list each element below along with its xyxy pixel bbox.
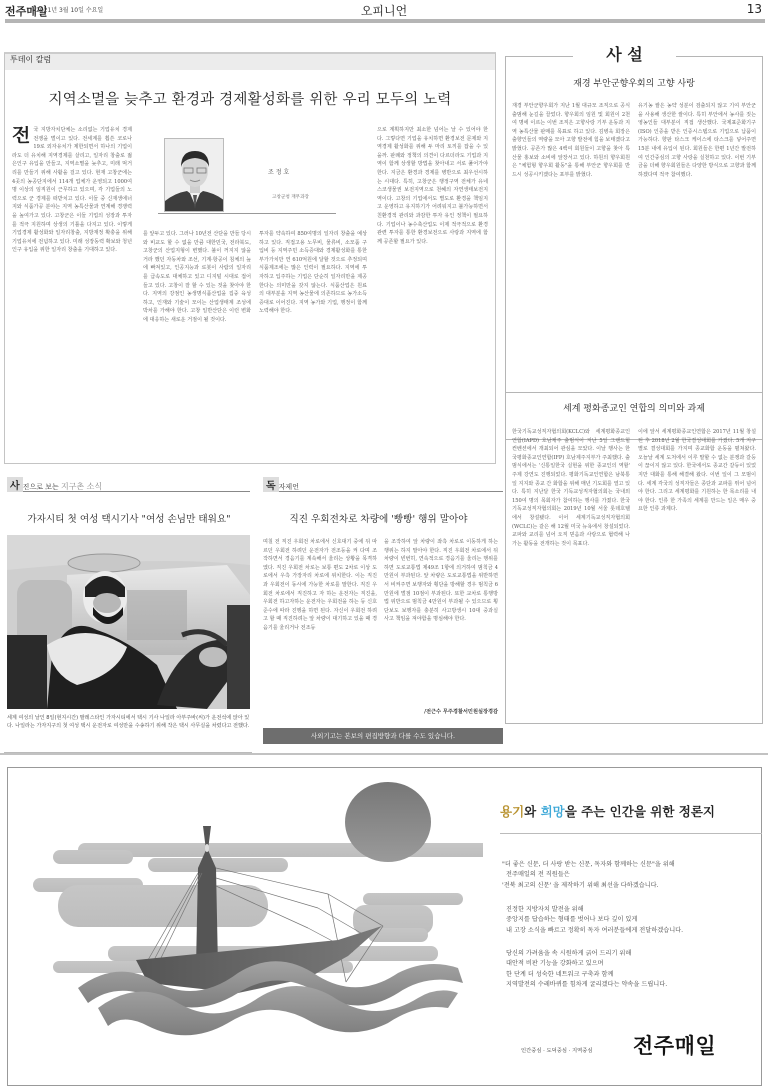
advertisement-slogan: 용기와 희망을 주는 인간을 위한 정론지 xyxy=(500,802,715,820)
slogan-hope: 희망 xyxy=(541,804,565,819)
today-column-headline: 지역소멸을 늦추고 환경과 경제활성화를 위한 우리 모두의 노력 xyxy=(4,88,496,109)
today-column-label: 투데이 칼럼 xyxy=(10,54,51,65)
photo-news-tab-initial: 사 xyxy=(7,477,23,492)
editorial-1-title: 재경 부안군향우회의 고향 사랑 xyxy=(505,76,763,89)
editorial-2-title: 세계 평화종교인 연합의 의미와 과제 xyxy=(505,401,763,414)
photo-news-tab: 사진으로 보는 지구촌 소식 xyxy=(7,474,250,492)
reader-proposal-headline: 직진 우회전차로 차량에 '빵빵' 행위 말아야 xyxy=(256,511,501,525)
dropcap: 전 xyxy=(12,126,30,144)
reader-proposal-tab: 독자제언 xyxy=(263,474,503,492)
author-divider xyxy=(158,213,336,214)
header-rule xyxy=(5,19,765,23)
taxi-driver-photo xyxy=(7,535,250,709)
editorial-divider xyxy=(505,392,763,393)
advertisement-paragraph-1: "더 좋은 신문, 더 사랑 받는 신문, 독자와 함께하는 신문"을 위해 전… xyxy=(502,860,762,891)
today-column-text-3: 투자를 약속하여 850여명의 일자리 창출을 예상하고 있다. 직접고용 노무… xyxy=(259,230,367,456)
author-portrait xyxy=(164,138,224,212)
today-column-text-4: 으로 계획하지만 최소한 넘어는 날 수 있어야 한다. 그렇다면 기업을 유치… xyxy=(377,126,488,456)
slogan-courage: 용기 xyxy=(500,804,524,819)
today-column-tab xyxy=(5,52,495,70)
editorial-1-text-1: 재경 부안군향우회가 지난 1월 대규모 조직으로 공식 출범해 눈길을 끌었다… xyxy=(512,102,630,388)
reader-proposal-tab-initial: 독 xyxy=(263,477,279,492)
editorial-label: 사 설 xyxy=(573,42,676,65)
section-title: 오피니언 xyxy=(0,2,768,19)
slogan-underline xyxy=(500,833,762,834)
editorial-top-rule-right xyxy=(676,56,763,57)
author-name: 조 정 호 xyxy=(268,167,289,176)
jeonju-maeil-logo: 전주매일 xyxy=(633,1030,716,1060)
advertisement-tagline: 인간중심 · 도덕중심 · 지역중심 xyxy=(521,1046,593,1054)
reader-proposal-text-1: 며칠 전 직진 우회전 차로에서 신호대기 중에 뒤 따르던 우회전 하려던 운… xyxy=(263,538,377,718)
disclaimer-text: 사외기고는 본보의 편집방향과 다를 수도 있습니다. xyxy=(263,731,503,740)
editorial-1-text-2: 유기농 쌀은 농약 성분이 검출되지 않고 기여 부안군을 사용해 생산한 쌀이… xyxy=(638,102,756,388)
advertisement-paragraph-2: 진정한 지방자치 발전을 위해 중앙지를 답습하는 형태를 벗어나 보다 깊이 … xyxy=(506,905,766,936)
photo-news-caption: 세계 여성의 날인 8일(현지시간) 팔레스타인 가자시티에서 택시 기사 나일… xyxy=(7,714,252,731)
reader-proposal-byline: /전근수 무주경찰서민원실장경감 xyxy=(384,708,498,715)
reader-proposal-text-2: 을 조작하여 앞 차량이 좌측 차로로 이동하게 하는 행위는 하지 말아야 한… xyxy=(384,538,498,706)
section-divider xyxy=(0,753,768,755)
author-title: 고창군청 재무과장 xyxy=(272,194,309,200)
editorial-2-text-1: 한국기독교성직자협의회(KCLC)와 세계평화종교인연합(IAPD) 호남제주 … xyxy=(512,428,630,718)
editorial-top-rule-left xyxy=(505,56,573,57)
page-number: 13 xyxy=(747,2,762,16)
today-column-text-2: 를 앞두고 있다. 그러나 10년전 산단을 만들 당시와 비교도 할 수 없을… xyxy=(143,230,251,456)
advertisement-paragraph-3: 당신의 가려움을 속 시원하게 긁어 드리기 위해 대안적 비판 기능을 강화하… xyxy=(506,949,766,990)
editorial-2-text-2: 이에 앞서 세계평화종교인연합은 2017년 11월 창설된 후 2018년 2… xyxy=(638,428,756,718)
photo-news-headline: 가자시티 첫 여성 택시기사 "여성 손님만 태워요" xyxy=(4,511,254,525)
lighthouse-ship-illustration xyxy=(8,768,483,1085)
today-column-text-1: 전 국 지방자치단체는 소리없는 기업유치 경제전쟁을 벌이고 있다. 전세계를… xyxy=(12,126,132,456)
